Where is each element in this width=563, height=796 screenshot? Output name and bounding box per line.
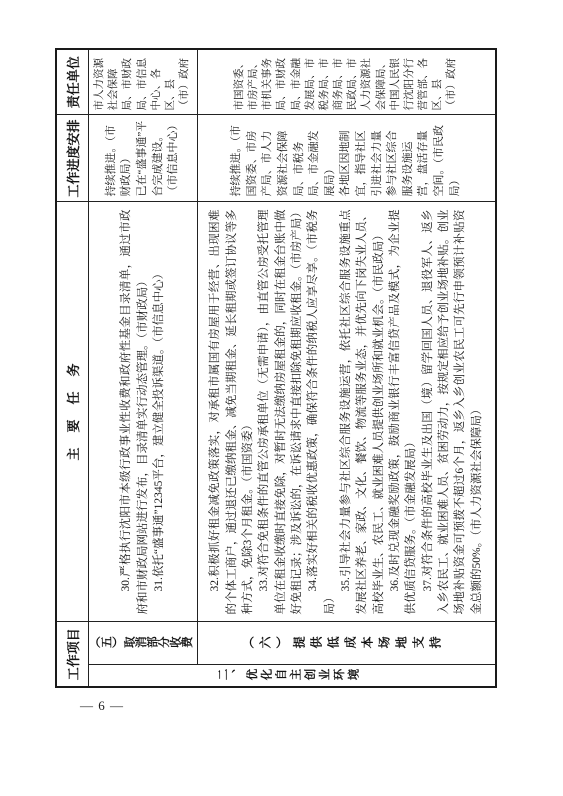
table-row-5: 二、优化自主创业环境 （五）取消部分收费 30.严格执行沈阳市本级行政事业性收费…: [88, 49, 198, 687]
responsible-cell-6: 市国资委、市房产局、市机关事务局、市财政局、市金融发展局、市税务局、市商务局、市…: [198, 49, 496, 115]
schedule-cell-5: 持续推进。（市财政局）已在“盛事通”平台完成建设。（市信息中心）: [88, 115, 198, 202]
project-cell-5: （五）取消部分收费: [88, 622, 198, 665]
paragraph-item: 35.引导社会力量参与社区综合服务设施运营，依托社区综合服务设施重点发展社区养老…: [338, 209, 387, 614]
paragraph-item: 31.依托“盛事通”12345平台，建立健全投诉渠道。（市信息中心）: [151, 209, 167, 614]
table-row-6: （六）提供低成本场地支持 32.积极抓好租金减免政策落实，对承租市属国有房屋用于…: [198, 49, 496, 687]
policy-task-table: 工作项目 主要任务 工作进度安排 责任单位 二、优化自主创业环境 （五）取消部分…: [55, 48, 497, 688]
paragraph-item: 36.及时兑现金融奖励政策，鼓励商业银行丰富信贷产品及模式，为企业提供优质信贷服…: [387, 209, 420, 614]
paragraph-item: 30.严格执行沈阳市本级行政事业性收费和政府性基金目录清单，通过市政府和市财政局…: [118, 209, 151, 614]
header-project: 工作项目: [56, 622, 88, 687]
paragraph-item: 各地区因地制宜，指导社区引进社会力量参与社区综合服务设施运营，盘活存量空间。（市…: [338, 120, 463, 196]
project-cell-6: （六）提供低成本场地支持: [198, 622, 496, 665]
paragraph-item: 37.对符合条件的高校毕业生及出国（境）留学回国人员、退役军人、返乡入乡农民工、…: [420, 209, 485, 614]
paragraph-item: 已在“盛事通”平台完成建设。（市信息中心）: [135, 120, 182, 196]
paragraph-item: 持续推进。（市财政局）: [104, 120, 135, 196]
tasks-cell-5: 30.严格执行沈阳市本级行政事业性收费和政府性基金目录清单，通过市政府和市财政局…: [88, 202, 198, 622]
header-task: 主要任务: [56, 202, 88, 622]
schedule-cell-6: 持续推进。（市国资委、市房产局、市人力资源社会保障局、市税务局、市金融发展局）各…: [198, 115, 496, 202]
document-page: { "page": { "number_label": "— 6 —" }, "…: [0, 0, 563, 796]
paragraph-item: 34.落实好相关的税收优惠政策，确保符合条件的纳税人应享尽享。（市税务局）: [305, 209, 338, 614]
section-cell: 二、优化自主创业环境: [88, 665, 496, 687]
tasks-cell-6: 32.积极抓好租金减免政策落实，对承租市属国有房屋用于经营、出现困难的个体工商户…: [198, 202, 496, 622]
section-label: 二、优化自主创业环境: [217, 669, 362, 682]
project-label-5: （五）取消部分收费: [89, 637, 193, 650]
header-responsible: 责任单位: [56, 49, 88, 115]
paragraph-item: 持续推进。（市国资委、市房产局、市人力资源社会保障局、市税务局、市金融发展局）: [229, 120, 338, 196]
header-schedule: 工作进度安排: [56, 115, 88, 202]
paragraph-item: 33.对符合免租条件的直管公房承租单位（无需申请），由直管公房受托管理单位在租金…: [256, 209, 305, 614]
paragraph-item: 32.积极抓好租金减免政策落实，对承租市属国有房屋用于经营、出现困难的个体工商户…: [207, 209, 256, 614]
page-number: — 6 —: [62, 698, 142, 714]
project-label-6: （六）提供低成本场地支持: [242, 637, 446, 650]
responsible-cell-5: 市人力资源社会保障局、市财政局、市信息中心、各区、县（市）政府: [88, 49, 198, 115]
rotated-table-wrapper: 工作项目 主要任务 工作进度安排 责任单位 二、优化自主创业环境 （五）取消部分…: [55, 50, 493, 688]
header-row: 工作项目 主要任务 工作进度安排 责任单位: [56, 49, 88, 687]
